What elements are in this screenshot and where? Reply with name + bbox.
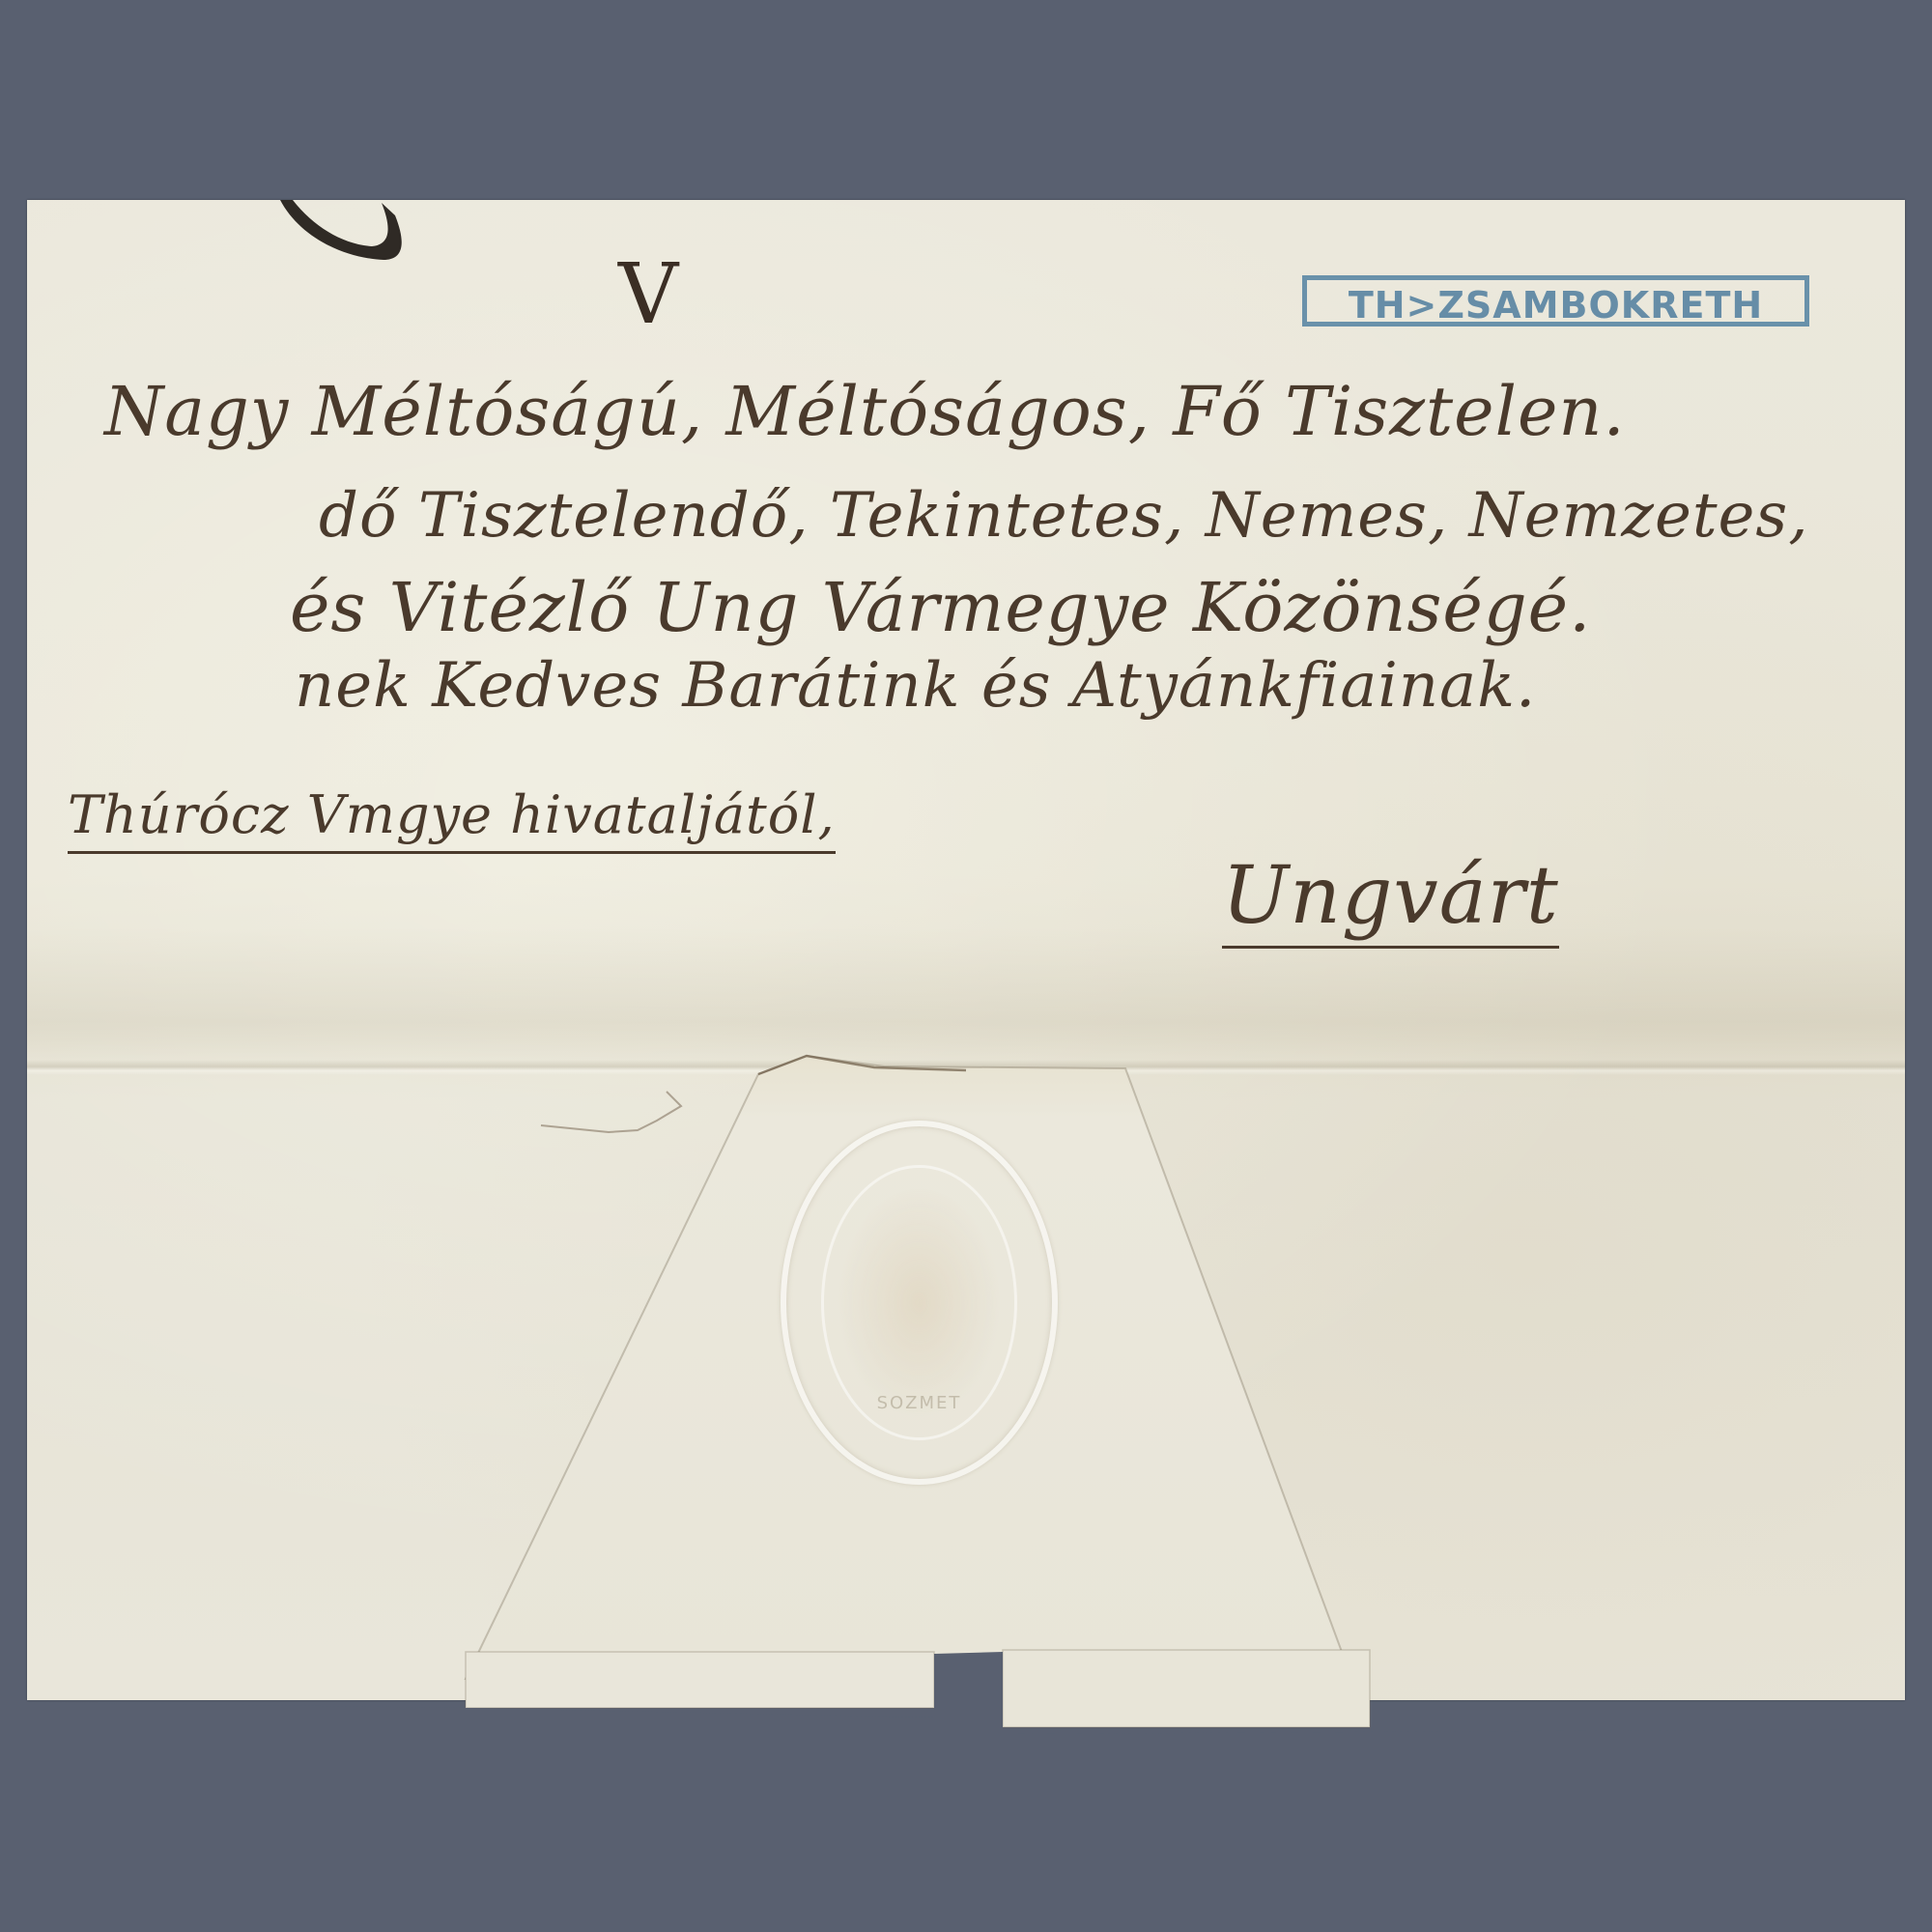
- ink-flourish: [275, 198, 411, 266]
- sender-note: Thúrócz Vmgye hivataljától,: [68, 784, 836, 854]
- address-line-3: és Vitézlő Ung Vármegye Közönségé.: [290, 568, 1591, 647]
- address-line-4: nek Kedves Barátink és Atyánkfiainak.: [295, 650, 1536, 722]
- embossed-seal: SOZMET: [781, 1121, 1058, 1485]
- postmark-stamp: TH>ZSAMBOKRETH: [1302, 275, 1809, 327]
- docket-mark: V: [618, 246, 679, 343]
- seal-legend: SOZMET: [786, 1393, 1052, 1413]
- address-line-1: Nagy Méltóságú, Méltóságos, Fő Tisztelen…: [104, 372, 1626, 451]
- destination-city: Ungvárt: [1222, 850, 1559, 949]
- address-line-2: dő Tisztelendő, Tekintetes, Nemes, Nemze…: [319, 480, 1809, 552]
